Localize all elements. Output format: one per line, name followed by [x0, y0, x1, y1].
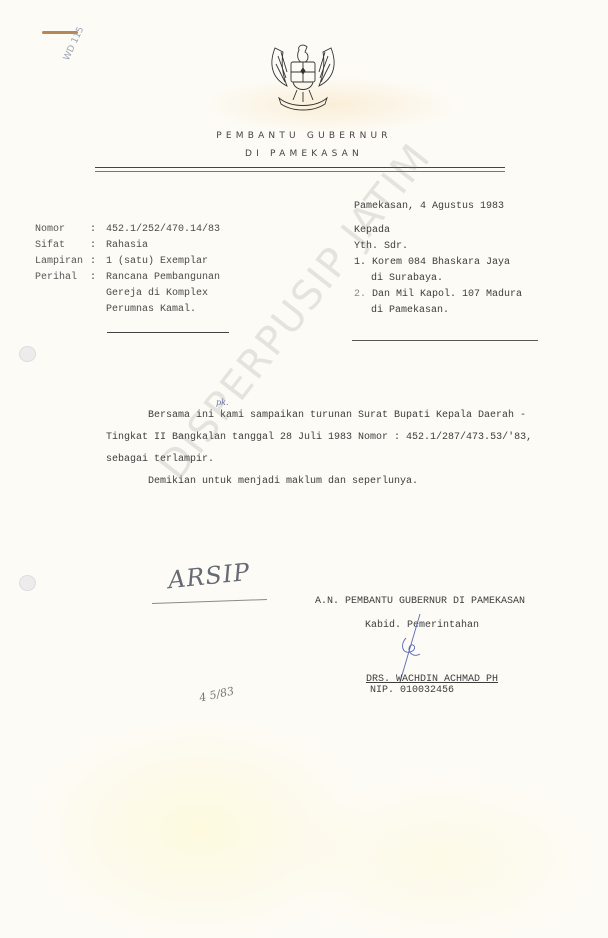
garuda-emblem-icon [265, 38, 341, 118]
address-underline [352, 340, 538, 341]
meta-colon: : [90, 254, 106, 270]
meta-label: Sifat [35, 238, 90, 254]
arsip-underline [152, 599, 267, 604]
meta-value: 452.1/252/470.14/83 [106, 222, 220, 238]
body-line: Bersama ini kami sampaikan turunan Surat… [106, 408, 532, 430]
recipient-name: Korem 084 Bhaskara Jaya [372, 257, 510, 268]
meta-row-nomor: Nomor : 452.1/252/470.14/83 [35, 222, 220, 238]
meta-row-continuation: Perumnas Kamal. [35, 302, 220, 318]
letter-meta-block: Nomor : 452.1/252/470.14/83 Sifat : Raha… [35, 222, 220, 318]
recipient-name: Dan Mil Kapol. 107 Madura [372, 289, 522, 300]
recipient-2: 2. Dan Mil Kapol. 107 Madura [354, 287, 522, 303]
meta-label: Nomor [35, 222, 90, 238]
meta-value: 1 (satu) Exemplar [106, 254, 208, 270]
recipient-1: 1. Korem 084 Bhaskara Jaya [354, 255, 522, 271]
meta-colon: : [90, 222, 106, 238]
meta-label: Lampiran [35, 254, 90, 270]
meta-colon: : [90, 238, 106, 254]
meta-value: Gereja di Komplex [106, 286, 208, 302]
meta-value: Perumnas Kamal. [106, 302, 196, 318]
scanned-letter-page: WD 115 PEMBANTU GUBERNUR DI PAMEKASAN No… [0, 0, 608, 938]
meta-row-sifat: Sifat : Rahasia [35, 238, 220, 254]
punch-hole [19, 575, 36, 591]
meta-row-continuation: Gereja di Komplex [35, 286, 220, 302]
meta-colon: : [90, 270, 106, 286]
recipient-location: di Pamekasan. [354, 303, 522, 319]
handwritten-date-mark: 4 5/83 [198, 684, 235, 704]
letterhead-subtitle: DI PAMEKASAN [0, 149, 608, 159]
meta-value: Rancana Pembangunan [106, 270, 220, 286]
subject-underline [107, 332, 229, 333]
letterhead-rule-thin [95, 171, 505, 172]
letterhead-rule-thick [95, 167, 505, 168]
meta-row-lampiran: Lampiran : 1 (satu) Exemplar [35, 254, 220, 270]
meta-label: Perihal [35, 270, 90, 286]
meta-value: Rahasia [106, 238, 148, 254]
signatory-nip: NIP. 010032456 [370, 683, 454, 699]
signature-on-behalf: A.N. PEMBANTU GUBERNUR DI PAMEKASAN [315, 594, 525, 610]
meta-row-perihal: Perihal : Rancana Pembangunan [35, 270, 220, 286]
body-closing: Demikian untuk menjadi maklum dan seperl… [106, 474, 532, 496]
recipient-location: di Surabaya. [354, 271, 522, 287]
letterhead-title: PEMBANTU GUBERNUR [0, 131, 608, 141]
punch-hole [19, 346, 36, 362]
recipient-number: 2. [354, 289, 366, 300]
salutation: Yth. Sdr. [354, 239, 522, 255]
arsip-stamp: ARSIP [167, 558, 252, 594]
